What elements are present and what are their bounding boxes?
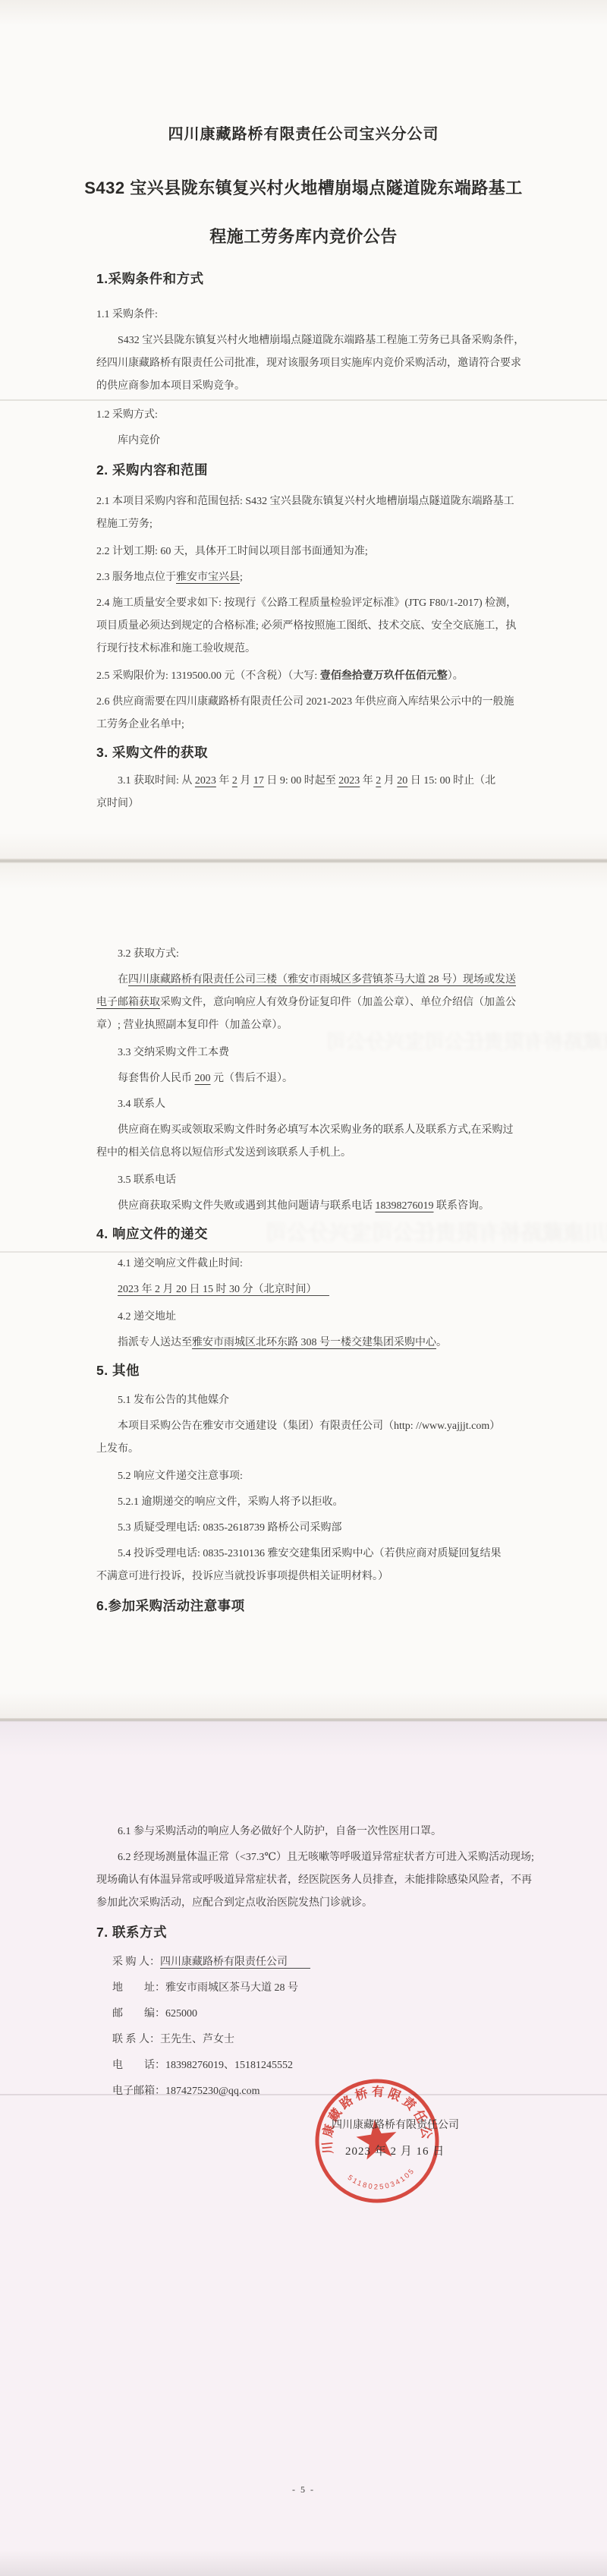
text-line: 工劳务企业名单中; — [96, 714, 514, 736]
section4-1-value: 2023 年 2 月 20 日 15 时 30 分（北京时间） — [118, 1279, 329, 1301]
text-line: 5.4 投诉受理电话: 0835-2310136 雅安交建集团采购中心（若供应商… — [96, 1543, 502, 1565]
section2-5-line: 2.5 采购限价为: 1319500.00 元（不含税）（大写: 壹佰叁拾壹万玖… — [96, 665, 464, 688]
text-line: 不满意可进行投诉，投诉应当就投诉事项提供相关证明材料。） — [96, 1565, 502, 1588]
section2-2-line: 2.2 计划工期: 60 天，具体开工时间以项目部书面通知为准; — [96, 541, 368, 563]
contact-label: 电子邮箱： — [112, 2086, 165, 2097]
price-in-words: 壹佰叁拾壹万玖仟伍佰元整 — [320, 670, 448, 682]
contact-label: 联 系 人： — [112, 2034, 160, 2045]
company-seal: 四川康藏路桥有限责任公司 5118025034105 — [303, 2067, 451, 2215]
text-line: 章）; 营业执照副本复印件（加盖公章）。 — [96, 1014, 516, 1037]
section4-2-label: 4.2 递交地址 — [118, 1306, 176, 1329]
section4-1-label: 4.1 递交响应文件截止时间: — [118, 1253, 243, 1275]
text-line: 现场确认有体温异常或呼吸道异常症状者，经医院医务人员排查，未能排除感染风险者，不… — [96, 1869, 534, 1892]
section3-5-paragraph: 供应商获取采购文件失败或遇到其他问题请与联系电话 18398276019 联系咨… — [118, 1195, 489, 1218]
text-segment: 年 — [216, 775, 232, 787]
text-segment: 联系咨询。 — [434, 1200, 490, 1212]
text-line: 经四川康藏路桥有限责任公司批准，现对该服务项目实施库内竞价采购活动，邀请符合要求 — [96, 352, 524, 375]
text-segment: 日 9: 00 时起至 — [264, 775, 338, 787]
text-segment: 月 — [381, 775, 397, 787]
section2-3-line: 2.3 服务地点位于雅安市宝兴县; — [96, 566, 243, 589]
section3-2-paragraph: 在四川康藏路桥有限责任公司三楼（雅安市雨城区多营镇茶马大道 28 号）现场或发送… — [96, 969, 516, 1037]
text-line: 6.2 经现场测量体温正常（<37.3℃）且无咳嗽等呼吸道异常症状者方可进入采购… — [96, 1846, 534, 1869]
section1-1-paragraph: S432 宝兴县陇东镇复兴村火地槽崩塌点隧道陇东端路基工程施工劳务已具备采购条件… — [96, 329, 524, 398]
contact-value: 625000 — [165, 2008, 197, 2019]
text-segment: 年 — [360, 775, 376, 787]
scan-artifact-line — [0, 1251, 607, 1253]
contact-row-postcode: 邮 编：625000 — [112, 2003, 197, 2026]
section2-heading: 2. 采购内容和范围 — [96, 459, 208, 481]
section5-1-paragraph: 本项目采购公告在雅安市交通建设（集团）有限责任公司（http: //www.ya… — [96, 1415, 500, 1461]
section1-1-label: 1.1 采购条件: — [96, 304, 158, 326]
section5-2-1-line: 5.2.1 逾期递交的响应文件，采购人将予以拒收。 — [118, 1491, 344, 1514]
underlined-date-part: 20 — [397, 775, 407, 787]
contact-label: 采 购 人： — [112, 1956, 160, 1968]
contact-value: 雅安市雨城区茶马大道 28 号 — [165, 1982, 298, 1994]
text-line: 电子邮箱获取采购文件，意向响应人有效身份证复印件（加盖公章）、单位介绍信（加盖公 — [96, 992, 516, 1014]
text-line: 在四川康藏路桥有限责任公司三楼（雅安市雨城区多营镇茶马大道 28 号）现场或发送 — [96, 969, 516, 992]
text-segment: 月 — [237, 775, 253, 787]
org-title: 四川康藏路桥有限责任公司宝兴分公司 — [0, 123, 607, 146]
section2-6-paragraph: 2.6 供应商需要在四川康藏路桥有限责任公司 2021-2023 年供应商入库结… — [96, 691, 514, 736]
text-line: 2.6 供应商需要在四川康藏路桥有限责任公司 2021-2023 年供应商入库结… — [96, 691, 514, 714]
underlined-phone: 18398276019 — [376, 1200, 434, 1212]
text-line: 京时间） — [96, 793, 495, 815]
section5-4-paragraph: 5.4 投诉受理电话: 0835-2310136 雅安交建集团采购中心（若供应商… — [96, 1543, 502, 1588]
section3-1-paragraph: 3.1 获取时间: 从 2023 年 2 月 17 日 9: 00 时起至 20… — [96, 770, 495, 815]
section6-2-paragraph: 6.2 经现场测量体温正常（<37.3℃）且无咳嗽等呼吸道异常症状者方可进入采购… — [96, 1846, 534, 1915]
contact-row-phone: 电 话：18398276019、15181245552 — [112, 2054, 293, 2077]
section3-2-label: 3.2 获取方式: — [118, 943, 179, 966]
section3-heading: 3. 采购文件的获取 — [96, 741, 208, 764]
text-line: 2.4 施工质量安全要求如下: 按现行《公路工程质量检验评定标准》(JTG F8… — [96, 592, 517, 615]
section7-heading: 7. 联系方式 — [96, 1921, 167, 1944]
underlined-address: 雅安市雨城区北环东路 308 号一楼交建集团采购中心 — [192, 1337, 436, 1348]
scanned-announcement-document: 四川康藏路桥有限责任公司宝兴分公司 四川康藏路桥有限责任公司宝兴分公司 四川康藏… — [0, 0, 607, 2576]
text-line: 2.1 本项目采购内容和范围包括: S432 宝兴县陇东镇复兴村火地槽崩塌点隧道… — [96, 490, 514, 513]
section6-1-line: 6.1 参与采购活动的响应人务必做好个人防护，自备一次性医用口罩。 — [118, 1821, 442, 1843]
contact-label: 邮 编： — [112, 2008, 165, 2019]
section4-2-paragraph: 指派专人送达至雅安市雨城区北环东路 308 号一楼交建集团采购中心。 — [118, 1332, 447, 1354]
section3-3-value: 每套售价人民币 200 元（售后不退）。 — [118, 1067, 293, 1090]
contact-label: 地 址： — [112, 1982, 165, 1994]
underlined-location: 雅安市宝兴县 — [176, 572, 240, 583]
text-segment: 日 15: 00 时止（北 — [407, 775, 495, 787]
text-segment: 。 — [436, 1337, 447, 1348]
section1-2-label: 1.2 采购方式: — [96, 404, 158, 427]
contact-row-person: 联 系 人：王先生、芦女士 — [112, 2029, 234, 2051]
section4-heading: 4. 响应文件的递交 — [96, 1222, 208, 1245]
text-line: 行现行技术标准和施工验收规范。 — [96, 638, 517, 661]
text-segment: 3.1 获取时间: 从 — [118, 775, 195, 787]
contact-value: 1874275230@qq.com — [165, 2086, 260, 2097]
contact-value-underlined: 四川康藏路桥有限责任公司 — [160, 1956, 310, 1969]
section3-5-label: 3.5 联系电话 — [118, 1169, 176, 1192]
section5-heading: 5. 其他 — [96, 1359, 140, 1382]
text-segment: ）。 — [448, 670, 464, 682]
contact-row-purchaser: 采 购 人：四川康藏路桥有限责任公司 — [112, 1951, 310, 1974]
text-segment: 供应商获取采购文件失败或遇到其他问题请与联系电话 — [118, 1200, 376, 1212]
contact-value: 18398276019、15181245552 — [165, 2060, 293, 2071]
text-line: 的供应商参加本项目采购竞争。 — [96, 375, 524, 398]
text-line: 程施工劳务; — [96, 513, 514, 536]
page-number: - 5 - — [0, 2484, 607, 2496]
underlined-address: 电子邮箱获取 — [96, 997, 160, 1008]
section3-4-paragraph: 供应商在购买或领取采购文件时务必填写本次采购业务的联系人及联系方式,在采购过 程… — [96, 1119, 514, 1165]
text-line: 3.1 获取时间: 从 2023 年 2 月 17 日 9: 00 时起至 20… — [96, 770, 495, 793]
text-segment: 采购文件，意向响应人有效身份证复印件（加盖公章）、单位介绍信（加盖公 — [160, 997, 516, 1008]
text-segment: ; — [240, 572, 243, 583]
section1-heading: 1.采购条件和方式 — [96, 267, 204, 290]
contact-label: 电 话： — [112, 2060, 165, 2071]
underlined-date-part: 17 — [253, 775, 264, 787]
text-segment: 2.5 采购限价为: 1319500.00 元（不含税）（大写: — [96, 670, 320, 682]
underlined-date-part: 2023 — [195, 775, 216, 787]
section5-2-label: 5.2 响应文件递交注意事项: — [118, 1465, 243, 1488]
text-segment: 2.3 服务地点位于 — [96, 572, 176, 583]
document-title-line2: 程施工劳务库内竞价公告 — [0, 213, 607, 261]
bleed-through-text: 四川康藏路桥有限责任公司宝兴分公司 — [266, 1216, 607, 1247]
section3-4-label: 3.4 联系人 — [118, 1093, 165, 1116]
text-line: 程中的相关信息将以短信形式发送到该联系人手机上。 — [96, 1142, 514, 1165]
contact-row-email: 电子邮箱：1874275230@qq.com — [112, 2080, 260, 2103]
text-segment: 每套售价人民币 — [118, 1073, 195, 1084]
section2-4-paragraph: 2.4 施工质量安全要求如下: 按现行《公路工程质量检验评定标准》(JTG F8… — [96, 592, 517, 661]
text-segment: 在 — [118, 974, 128, 985]
section3-3-label: 3.3 交纳采购文件工本费 — [118, 1042, 229, 1064]
underlined-date-part: 2 — [232, 775, 237, 787]
text-segment: 指派专人送达至 — [118, 1337, 192, 1348]
underlined-date-part: 2023 — [338, 775, 360, 787]
text-line: S432 宝兴县陇东镇复兴村火地槽崩塌点隧道陇东端路基工程施工劳务已具备采购条件… — [96, 329, 524, 352]
scan-artifact-line — [0, 399, 607, 401]
text-segment: 元（售后不退）。 — [211, 1073, 294, 1084]
text-line: 项目质量必须达到规定的合格标准; 必须严格按照施工图纸、技术交底、安全交底施工，… — [96, 615, 517, 638]
text-line: 供应商在购买或领取采购文件时务必填写本次采购业务的联系人及联系方式,在采购过 — [96, 1119, 514, 1142]
section1-2-value: 库内竞价 — [118, 430, 160, 452]
section5-1-label: 5.1 发布公告的其他媒介 — [118, 1389, 229, 1412]
contact-value: 王先生、芦女士 — [160, 2034, 234, 2045]
section5-3-line: 5.3 质疑受理电话: 0835-2618739 路桥公司采购部 — [118, 1517, 342, 1540]
signature-date: 2023 年 2 月 16 日 — [345, 2142, 445, 2158]
section2-1-paragraph: 2.1 本项目采购内容和范围包括: S432 宝兴县陇东镇复兴村火地槽崩塌点隧道… — [96, 490, 514, 536]
document-title: S432 宝兴县陇东镇复兴村火地槽崩塌点隧道陇东端路基工 程施工劳务库内竞价公告 — [0, 164, 607, 261]
text-line: 上发布。 — [96, 1438, 500, 1461]
document-title-line1: S432 宝兴县陇东镇复兴村火地槽崩塌点隧道陇东端路基工 — [0, 164, 607, 213]
underlined-deadline: 2023 年 2 月 20 日 15 时 30 分（北京时间） — [118, 1284, 329, 1296]
contact-row-address: 地 址：雅安市雨城区茶马大道 28 号 — [112, 1977, 298, 2000]
section6-heading: 6.参加采购活动注意事项 — [96, 1594, 245, 1617]
underlined-fee: 200 — [195, 1073, 211, 1084]
text-line: 本项目采购公告在雅安市交通建设（集团）有限责任公司（http: //www.ya… — [96, 1415, 500, 1438]
underlined-address: 四川康藏路桥有限责任公司三楼（雅安市雨城区多营镇茶马大道 28 号）现场或发送 — [128, 974, 516, 985]
signature-company-name: 四川康藏路桥有限责任公司 — [332, 2117, 459, 2132]
text-line: 参加此次采购活动，应配合到定点收治医院发热门诊就诊。 — [96, 1892, 534, 1915]
